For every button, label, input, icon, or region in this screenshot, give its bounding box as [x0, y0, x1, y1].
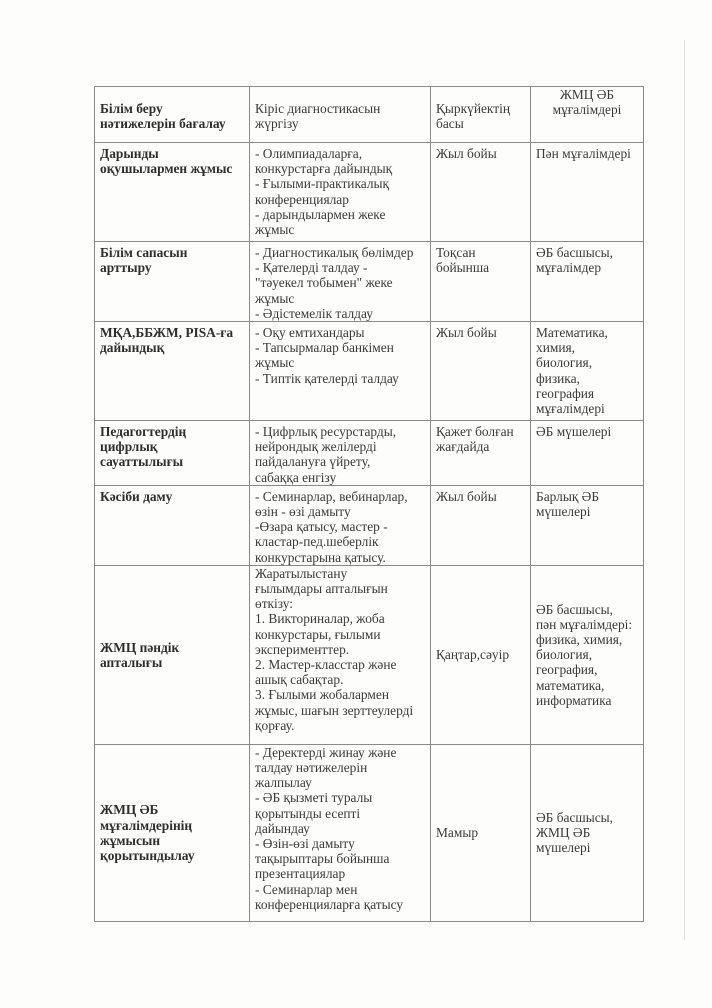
cell-text-line: ЖМЦ ӘБ: [536, 825, 638, 840]
cell-text-line: - Ғылыми-практикалық: [255, 176, 425, 191]
cell-text-line: "тәуекел тобымен" жеке: [255, 275, 425, 290]
cell-text-line: Жыл бойы: [436, 325, 525, 340]
cell-text-line: конкурстары, ғылыми: [255, 627, 425, 642]
cell-text-line: жалпылау: [255, 775, 425, 790]
cell-text-line: мүшелері: [536, 840, 638, 855]
cell-text-line: ЖМЦ ӘБ: [536, 87, 638, 102]
cell-text-line: Барлық ӘБ: [536, 489, 638, 504]
cell-text-line: химия,: [536, 340, 638, 355]
cell-text-line: - Диагностикалық бөлімдер: [255, 245, 425, 260]
cell-text-line: жұмыс, шағын зерттеулерді: [255, 703, 425, 718]
cell-text-line: Педагогтердің: [100, 424, 244, 439]
cell-text-line: 3. Ғылыми жобалармен: [255, 687, 425, 702]
cell-text-line: - Оқу емтихандары: [255, 325, 425, 340]
cell-text-line: ӘБ басшысы,: [536, 602, 638, 617]
table-row: Педагогтердіңцифрлықсауаттылығы- Цифрлық…: [95, 421, 644, 486]
cell-text-line: Математика,: [536, 325, 638, 340]
cell-text-line: оқушылармен жұмыс: [100, 161, 244, 176]
cell-text-line: биология,: [536, 355, 638, 370]
cell-responsible: Математика,химия,биология,физика,географ…: [531, 322, 644, 421]
cell-text-line: ӘБ басшысы,: [536, 810, 638, 825]
table-row: ЖМЦ ӘБмұғалімдерініңжұмысынқорытындылау-…: [95, 744, 644, 921]
cell-timing: Қыркүйектіңбасы: [431, 87, 531, 143]
cell-text-line: конкурстарға дайындық: [255, 161, 425, 176]
cell-responsible: ЖМЦ ӘБмұғалімдері: [531, 87, 644, 143]
cell-text-line: Қажет болған: [436, 424, 525, 439]
cell-text-line: ЖМЦ ӘБ: [100, 802, 244, 817]
cell-text-line: презентациялар: [255, 866, 425, 881]
work-plan-table: Білім берунәтижелерін бағалауКіріс диагн…: [94, 86, 644, 922]
cell-text-line: тақырыптары бойынша: [255, 851, 425, 866]
cell-text-line: - Олимпиадаларға,: [255, 146, 425, 161]
cell-text-line: Пән мұғалімдері: [536, 146, 638, 161]
cell-text-line: жұмысын: [100, 833, 244, 848]
cell-text-line: Кіріс диагностикасын: [255, 101, 425, 116]
table-row: МҚА,ББЖМ, PISA-ғадайындық- Оқу емтиханда…: [95, 322, 644, 421]
cell-text-line: қорғау.: [255, 718, 425, 733]
table-row: Кәсіби даму- Семинарлар, вебинарлар,өзін…: [95, 485, 644, 565]
cell-text-line: биология,: [536, 647, 638, 662]
cell-text-line: пән мұғалімдері:: [536, 617, 638, 632]
cell-text-line: Дарынды: [100, 146, 244, 161]
cell-text-line: - Типтік қателерді талдау: [255, 371, 425, 386]
cell-text-line: - Семинарлар, вебинарлар,: [255, 489, 425, 504]
cell-text-line: - ӘБ қызметі туралы: [255, 790, 425, 805]
cell-timing: Тоқсанбойынша: [431, 242, 531, 322]
cell-text-line: - Семинарлар мен: [255, 882, 425, 897]
table-row: Білім сапасынарттыру- Диагностикалық бөл…: [95, 242, 644, 322]
cell-text-line: кластар-пед.шеберлік: [255, 534, 425, 549]
cell-goal: Білім берунәтижелерін бағалау: [95, 87, 250, 143]
table-header-row: Білім берунәтижелерін бағалауКіріс диагн…: [95, 87, 644, 143]
cell-responsible: ӘБ басшысы,ЖМЦ ӘБмүшелері: [531, 744, 644, 921]
cell-text-line: - Цифрлық ресурстарды,: [255, 424, 425, 439]
cell-text-line: Қыркүйектің: [436, 101, 525, 116]
cell-text-line: - Әдістемелік талдау: [255, 306, 425, 321]
cell-activities: - Цифрлық ресурстарды,нейрондық желілерд…: [250, 421, 431, 486]
cell-activities: - Диагностикалық бөлімдер- Қателерді тал…: [250, 242, 431, 322]
cell-goal: Кәсіби даму: [95, 485, 250, 565]
cell-text-line: қорытынды есепті: [255, 806, 425, 821]
cell-timing: Жыл бойы: [431, 143, 531, 242]
cell-text-line: информатика: [536, 693, 638, 708]
cell-timing: Қажет болғанжағдайда: [431, 421, 531, 486]
cell-text-line: жүргізу: [255, 116, 425, 131]
cell-text-line: ЖМЦ пәндік: [100, 640, 244, 655]
cell-text-line: Жаратылыстану: [255, 566, 425, 581]
cell-text-line: дайындау: [255, 821, 425, 836]
cell-text-line: дайындық: [100, 340, 244, 355]
cell-activities: - Семинарлар, вебинарлар,өзін - өзі дамы…: [250, 485, 431, 565]
cell-text-line: талдау нәтижелерін: [255, 760, 425, 775]
cell-text-line: - дарындылармен жеке: [255, 207, 425, 222]
cell-text-line: басы: [436, 116, 525, 131]
cell-timing: Жыл бойы: [431, 485, 531, 565]
cell-text-line: конкурстарына қатысу.: [255, 550, 425, 565]
cell-goal: Дарындыоқушылармен жұмыс: [95, 143, 250, 242]
cell-activities: - Олимпиадаларға,конкурстарға дайындық- …: [250, 143, 431, 242]
cell-text-line: ғылымдары апталығын: [255, 581, 425, 596]
cell-text-line: конференциялар: [255, 192, 425, 207]
cell-text-line: мұғалімдерінің: [100, 818, 244, 833]
cell-text-line: математика,: [536, 678, 638, 693]
cell-text-line: ашық сабақтар.: [255, 672, 425, 687]
cell-activities: - Оқу емтихандары- Тапсырмалар банкіменж…: [250, 322, 431, 421]
cell-text-line: -Өзара қатысу, мастер -: [255, 519, 425, 534]
cell-text-line: - Өзін-өзі дамыту: [255, 836, 425, 851]
scan-artifact-line: [684, 40, 685, 940]
cell-text-line: ӘБ басшысы,: [536, 245, 638, 260]
cell-text-line: Білім беру: [100, 101, 244, 116]
cell-text-line: сабаққа енгізу: [255, 470, 425, 485]
cell-responsible: ӘБ басшысы,мұғалімдер: [531, 242, 644, 322]
cell-text-line: - Қателерді талдау -: [255, 260, 425, 275]
cell-text-line: мүшелері: [536, 504, 638, 519]
cell-text-line: ӘБ мүшелері: [536, 424, 638, 439]
cell-responsible: Барлық ӘБмүшелері: [531, 485, 644, 565]
cell-responsible: ӘБ мүшелері: [531, 421, 644, 486]
table-row: Дарындыоқушылармен жұмыс- Олимпиадаларға…: [95, 143, 644, 242]
cell-text-line: - Тапсырмалар банкімен: [255, 340, 425, 355]
cell-text-line: апталығы: [100, 655, 244, 670]
cell-text-line: география: [536, 386, 638, 401]
cell-text-line: сауаттылығы: [100, 454, 244, 469]
cell-goal: ЖМЦ ӘБмұғалімдерініңжұмысынқорытындылау: [95, 744, 250, 921]
cell-text-line: Мамыр: [436, 825, 525, 840]
cell-text-line: МҚА,ББЖМ, PISA-ға: [100, 325, 244, 340]
cell-text-line: 1. Викториналар, жоба: [255, 611, 425, 626]
cell-text-line: - Деректерді жинау және: [255, 745, 425, 760]
cell-text-line: конференцияларға қатысу: [255, 897, 425, 912]
cell-activities: Жаратылыстануғылымдары апталығынөткізу:1…: [250, 565, 431, 744]
cell-text-line: өткізу:: [255, 596, 425, 611]
cell-text-line: мұғалімдері: [536, 401, 638, 416]
cell-text-line: жұмыс: [255, 355, 425, 370]
cell-timing: Жыл бойы: [431, 322, 531, 421]
cell-text-line: мұғалімдер: [536, 260, 638, 275]
cell-text-line: 2. Мастер-класстар және: [255, 657, 425, 672]
cell-goal: МҚА,ББЖМ, PISA-ғадайындық: [95, 322, 250, 421]
cell-text-line: физика,: [536, 371, 638, 386]
cell-text-line: цифрлық: [100, 439, 244, 454]
cell-responsible: Пән мұғалімдері: [531, 143, 644, 242]
cell-text-line: пайдалануға үйрету,: [255, 454, 425, 469]
cell-text-line: жағдайда: [436, 439, 525, 454]
cell-timing: Қаңтар,сәуір: [431, 565, 531, 744]
cell-text-line: жұмыс: [255, 291, 425, 306]
cell-text-line: Білім сапасын: [100, 245, 244, 260]
cell-text-line: мұғалімдері: [536, 102, 638, 117]
cell-text-line: жұмыс: [255, 222, 425, 237]
cell-text-line: қорытындылау: [100, 848, 244, 863]
cell-text-line: нәтижелерін бағалау: [100, 116, 244, 131]
cell-text-line: Тоқсан: [436, 245, 525, 260]
cell-text-line: Кәсіби даму: [100, 489, 244, 504]
cell-timing: Мамыр: [431, 744, 531, 921]
cell-text-line: өзін - өзі дамыту: [255, 504, 425, 519]
cell-activities: - Деректерді жинау жәнеталдау нәтижелері…: [250, 744, 431, 921]
cell-text-line: физика, химия,: [536, 632, 638, 647]
cell-goal: Білім сапасынарттыру: [95, 242, 250, 322]
cell-text-line: география,: [536, 662, 638, 677]
table-row: ЖМЦ пәндікапталығыЖаратылыстануғылымдары…: [95, 565, 644, 744]
cell-responsible: ӘБ басшысы,пән мұғалімдері:физика, химия…: [531, 565, 644, 744]
cell-text-line: Жыл бойы: [436, 489, 525, 504]
cell-text-line: Жыл бойы: [436, 146, 525, 161]
cell-text-line: эксперименттер.: [255, 642, 425, 657]
cell-text-line: бойынша: [436, 260, 525, 275]
cell-goal: Педагогтердіңцифрлықсауаттылығы: [95, 421, 250, 486]
cell-text-line: арттыру: [100, 260, 244, 275]
cell-goal: ЖМЦ пәндікапталығы: [95, 565, 250, 744]
cell-text-line: Қаңтар,сәуір: [436, 647, 525, 662]
cell-text-line: нейрондық желілерді: [255, 439, 425, 454]
cell-activities: Кіріс диагностикасынжүргізу: [250, 87, 431, 143]
